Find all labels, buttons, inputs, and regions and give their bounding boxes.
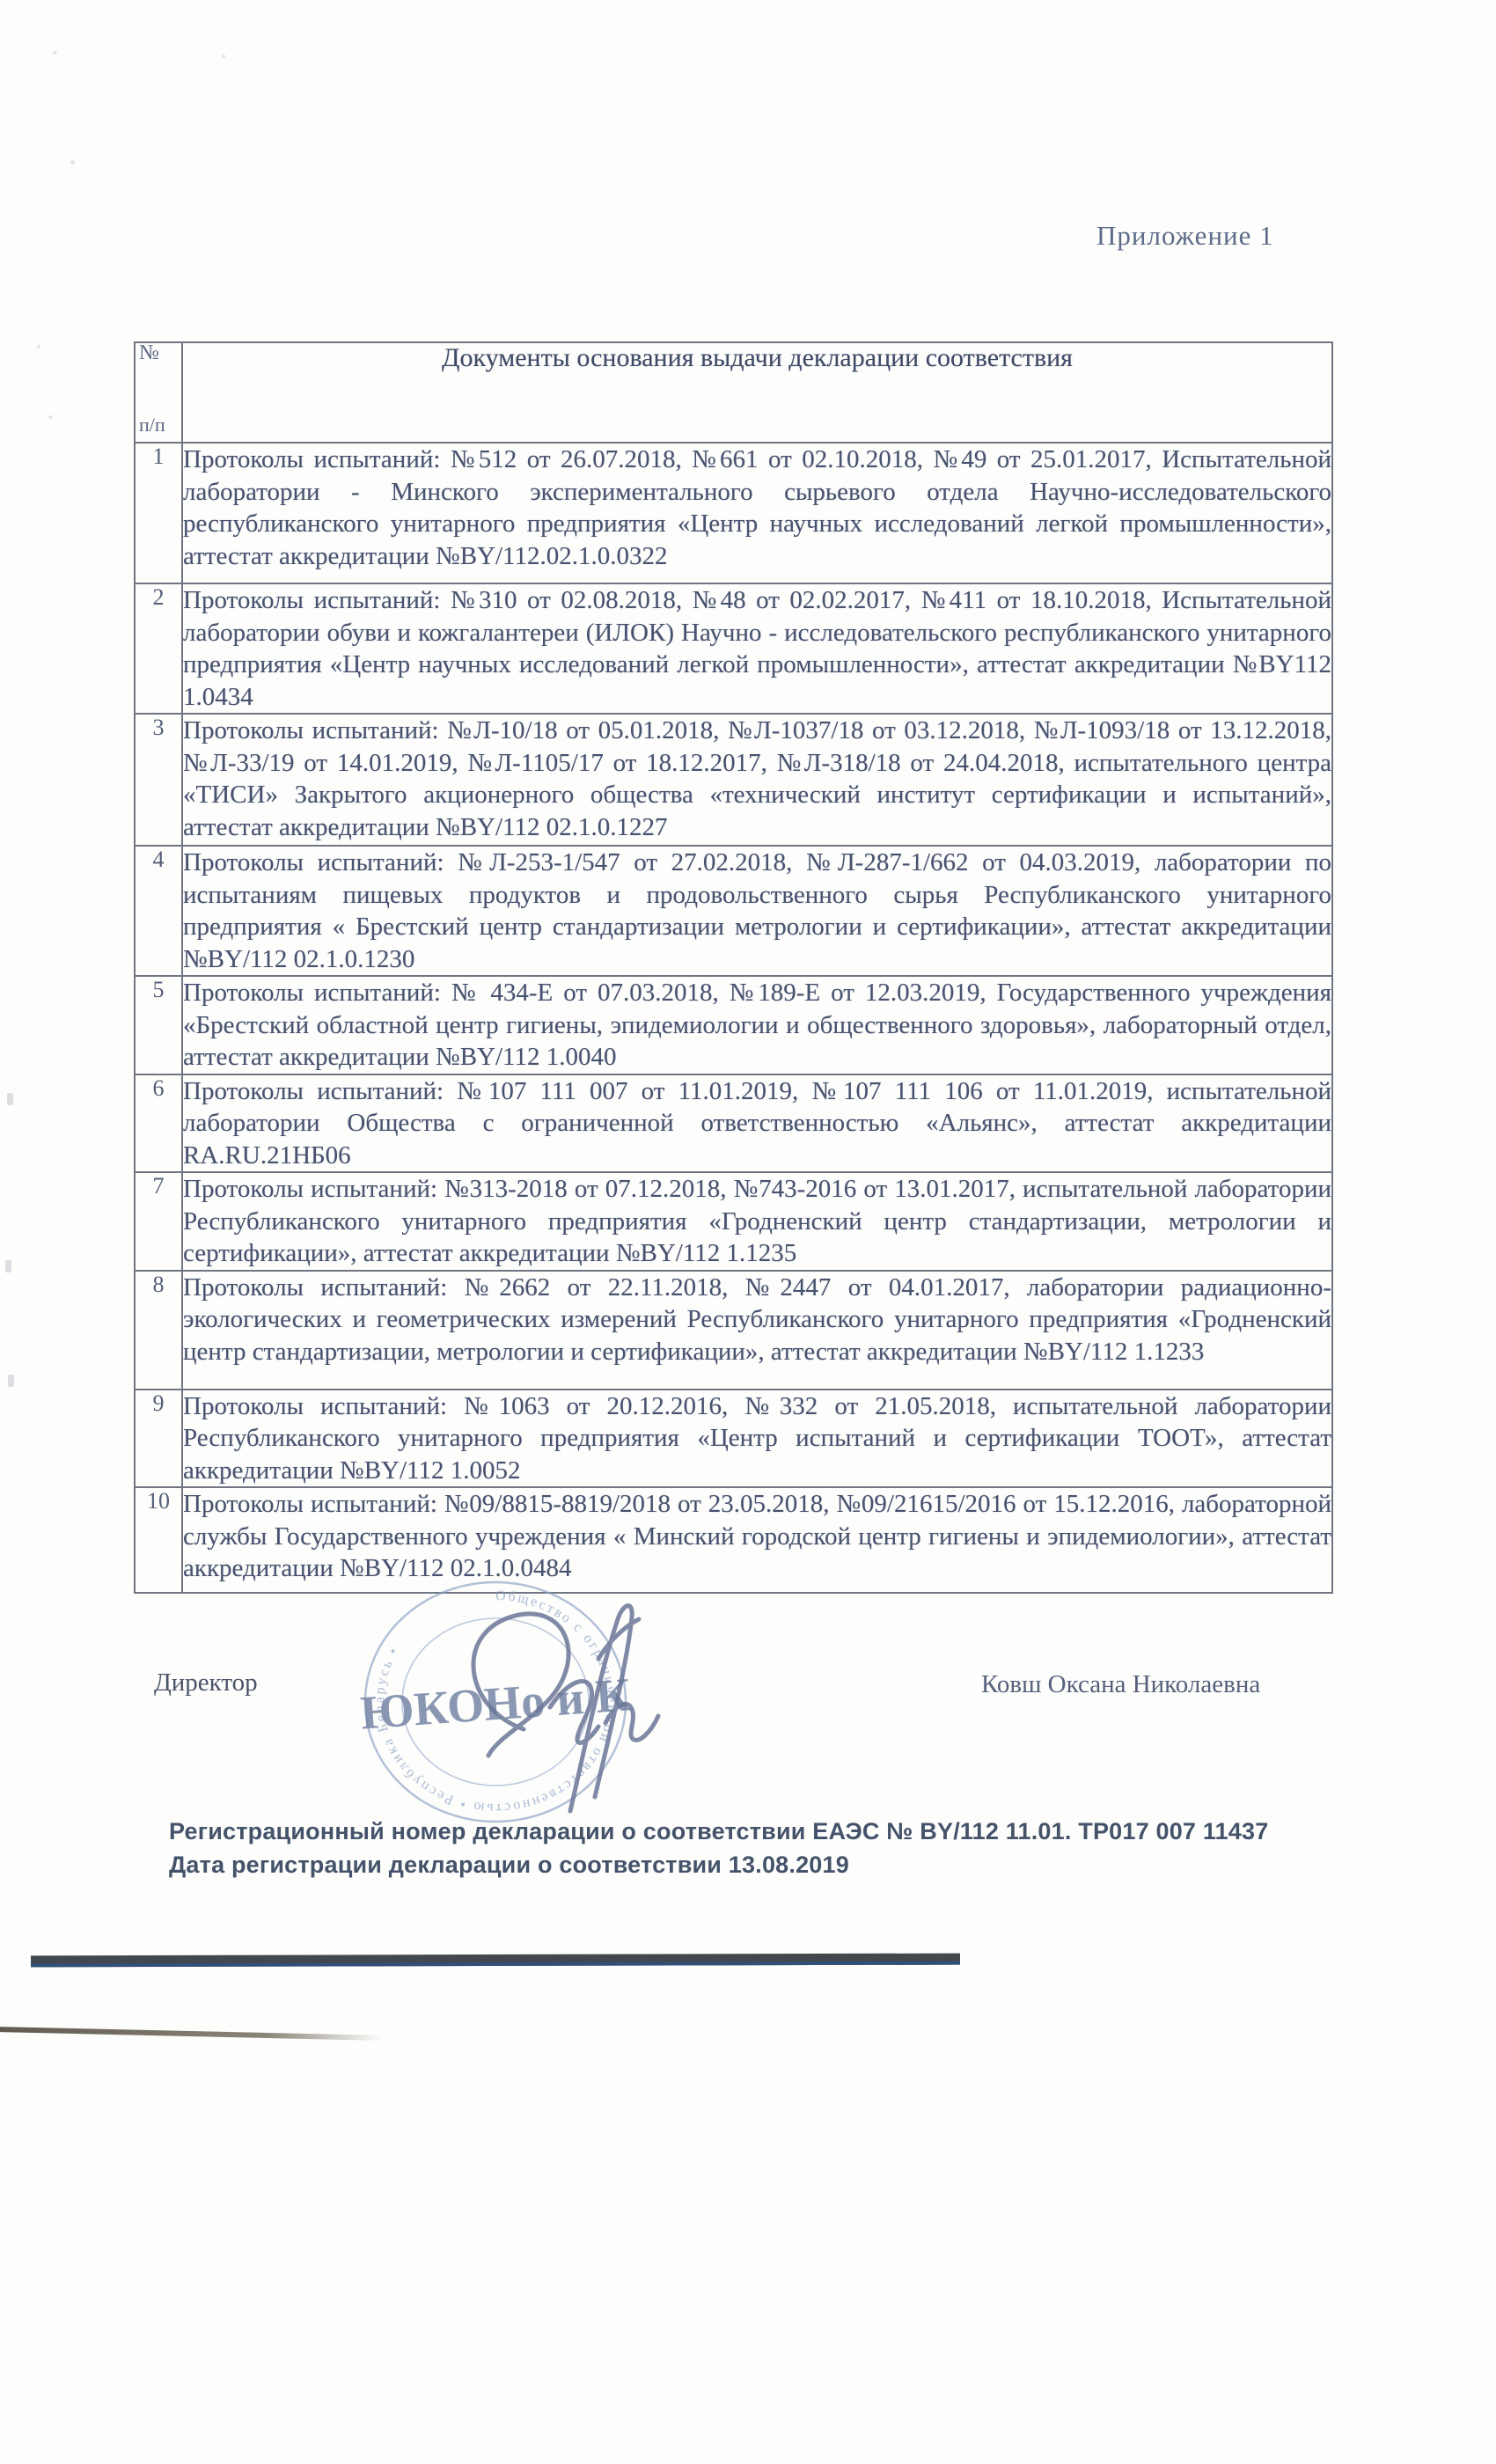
table-row: 3 Протоколы испытаний: №Л-10/18 от 05.01… bbox=[135, 714, 1332, 846]
row-number: 9 bbox=[135, 1390, 182, 1488]
scan-speck bbox=[48, 415, 53, 419]
row-number: 10 bbox=[135, 1487, 182, 1593]
row-text: Протоколы испытаний: №2662 от 22.11.2018… bbox=[182, 1271, 1332, 1390]
header-no-symbol: № bbox=[139, 341, 180, 365]
row-text: Протоколы испытаний: №Л-253-1/547 от 27.… bbox=[182, 846, 1332, 976]
row-text: Протоколы испытаний: №107 111 007 от 11.… bbox=[182, 1074, 1332, 1173]
row-number: 6 bbox=[135, 1074, 182, 1173]
row-text: Протоколы испытаний: №313-2018 от 07.12.… bbox=[182, 1172, 1332, 1271]
table-header-row: № п/п Документы основания выдачи деклара… bbox=[135, 342, 1332, 443]
table-row: 1 Протоколы испытаний: №512 от 26.07.201… bbox=[135, 443, 1332, 583]
documents-table: № п/п Документы основания выдачи деклара… bbox=[134, 341, 1333, 1594]
director-name: Ковш Оксана Николаевна bbox=[981, 1670, 1260, 1699]
scan-artifact-line-bottom bbox=[0, 2027, 382, 2041]
header-cell-number: № п/п bbox=[135, 342, 182, 443]
table-row: 7 Протоколы испытаний: №313-2018 от 07.1… bbox=[135, 1172, 1332, 1271]
registration-number-line: Регистрационный номер декларации о соотв… bbox=[169, 1818, 1268, 1845]
table-row: 9 Протоколы испытаний: №1063 от 20.12.20… bbox=[135, 1390, 1332, 1488]
scan-speck bbox=[37, 345, 40, 348]
row-number: 4 bbox=[135, 846, 182, 976]
scan-speck bbox=[222, 55, 225, 58]
handwritten-signature bbox=[378, 1575, 792, 1839]
scan-speck bbox=[53, 51, 57, 55]
header-cell-documents: Документы основания выдачи декларации со… bbox=[182, 342, 1332, 443]
table-row: 2 Протоколы испытаний: №310 от 02.08.201… bbox=[135, 583, 1332, 714]
row-number: 7 bbox=[135, 1172, 182, 1271]
scan-margin-mark bbox=[7, 1093, 13, 1105]
row-number: 3 bbox=[135, 714, 182, 846]
row-text: Протоколы испытаний: №Л-10/18 от 05.01.2… bbox=[182, 714, 1332, 846]
row-text: Протоколы испытаний: №1063 от 20.12.2016… bbox=[182, 1390, 1332, 1488]
table-row: 8 Протоколы испытаний: №2662 от 22.11.20… bbox=[135, 1271, 1332, 1390]
table-row: 5 Протоколы испытаний: № 434-Е от 07.03.… bbox=[135, 976, 1332, 1074]
annex-label: Приложение 1 bbox=[1096, 220, 1274, 252]
scan-margin-mark bbox=[5, 1260, 11, 1272]
header-pp-label: п/п bbox=[139, 414, 180, 436]
scanned-document-page: Приложение 1 № п/п Документы основания в… bbox=[0, 0, 1496, 2464]
table-row: 6 Протоколы испытаний: №107 111 007 от 1… bbox=[135, 1074, 1332, 1173]
scan-margin-mark bbox=[8, 1375, 14, 1387]
scan-artifact-line-top bbox=[31, 1954, 960, 1968]
scan-speck bbox=[70, 160, 75, 165]
row-number: 5 bbox=[135, 976, 182, 1074]
registration-date-line: Дата регистрации декларации о соответств… bbox=[169, 1852, 849, 1879]
table-row: 4 Протоколы испытаний: №Л-253-1/547 от 2… bbox=[135, 846, 1332, 976]
row-text: Протоколы испытаний: №512 от 26.07.2018,… bbox=[182, 443, 1332, 583]
row-number: 1 bbox=[135, 443, 182, 583]
row-text: Протоколы испытаний: №310 от 02.08.2018,… bbox=[182, 583, 1332, 714]
row-number: 2 bbox=[135, 583, 182, 714]
row-text: Протоколы испытаний: № 434-Е от 07.03.20… bbox=[182, 976, 1332, 1074]
row-number: 8 bbox=[135, 1271, 182, 1390]
director-label: Директор bbox=[154, 1668, 258, 1698]
